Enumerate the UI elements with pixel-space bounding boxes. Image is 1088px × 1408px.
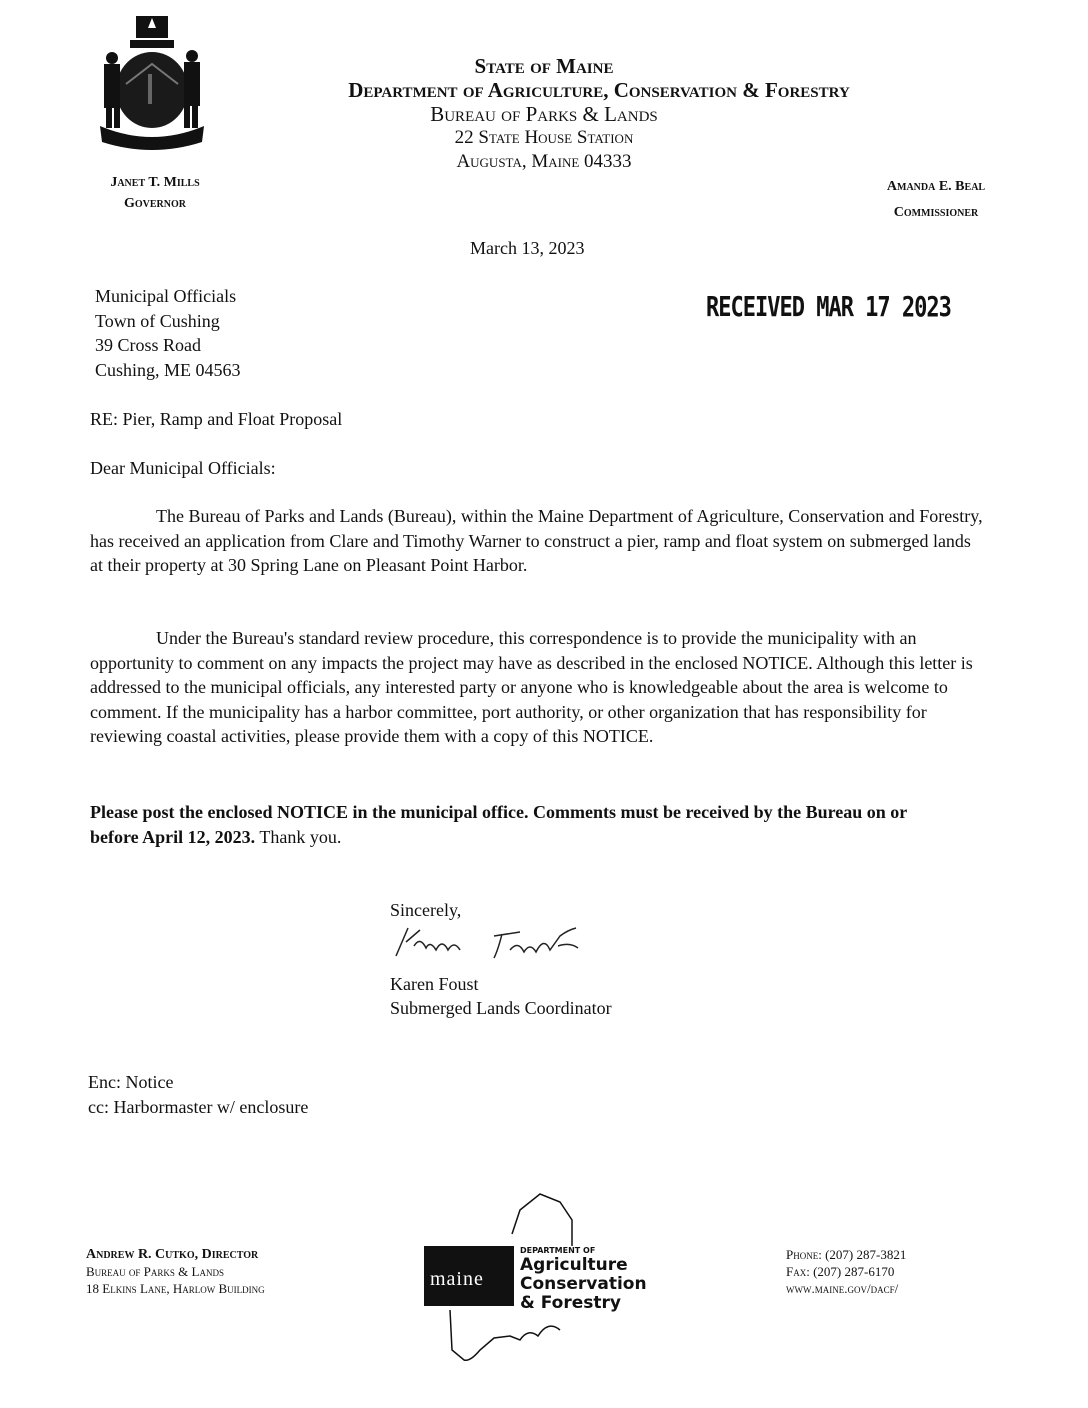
cc-line: cc: Harbormaster w/ enclosure xyxy=(88,1095,308,1120)
body-paragraph-1: The Bureau of Parks and Lands (Bureau), … xyxy=(90,504,985,578)
footer-address: 18 Elkins Lane, Harlow Building xyxy=(86,1280,265,1297)
bureau-name: Bureau of Parks & Lands xyxy=(0,102,1088,126)
department-name: Department of Agriculture, Conservation … xyxy=(110,78,1088,102)
subject-line: RE: Pier, Ramp and Float Proposal xyxy=(90,407,342,432)
enclosure-line: Enc: Notice xyxy=(88,1070,308,1095)
logo-forestry: & Forestry xyxy=(520,1294,647,1313)
signature xyxy=(390,922,610,962)
recipient-line: Town of Cushing xyxy=(95,309,241,334)
footer-website[interactable]: www.maine.gov/dacf/ xyxy=(786,1280,906,1297)
state-name: State of Maine xyxy=(0,54,1088,78)
maine-me-block: maine xyxy=(424,1246,514,1306)
signer-name: Karen Foust xyxy=(390,972,479,997)
enclosures: Enc: Notice cc: Harbormaster w/ enclosur… xyxy=(88,1070,308,1119)
closing-sincerely: Sincerely, xyxy=(390,898,461,923)
station-address: 22 State House Station xyxy=(0,126,1088,150)
footer-bureau: Bureau of Parks & Lands xyxy=(86,1263,265,1280)
dacf-logo: maine DEPARTMENT OF Agriculture Conserva… xyxy=(420,1190,660,1370)
signature-icon xyxy=(390,922,610,962)
letter-date: March 13, 2023 xyxy=(470,236,584,261)
logo-agriculture: Agriculture xyxy=(520,1256,647,1275)
commissioner-name: Amanda E. Beal xyxy=(868,174,1004,200)
governor-name: Janet T. Mills xyxy=(92,172,218,193)
recipient-line: 39 Cross Road xyxy=(95,333,241,358)
body-paragraph-2: Under the Bureau's standard review proce… xyxy=(90,626,990,749)
commissioner-title: Commissioner xyxy=(868,200,1004,226)
recipient-address: Municipal Officials Town of Cushing 39 C… xyxy=(95,284,241,382)
thank-you: Thank you. xyxy=(255,827,341,847)
city-address: Augusta, Maine 04333 xyxy=(0,150,1088,174)
post-notice-instruction: Please post the enclosed NOTICE in the m… xyxy=(90,802,907,847)
director-name: Andrew R. Cutko, Director xyxy=(86,1246,265,1263)
body-paragraph-3: Please post the enclosed NOTICE in the m… xyxy=(90,800,960,849)
governor-title: Governor xyxy=(92,193,218,214)
maine-wordmark: maine xyxy=(430,1268,484,1291)
salutation: Dear Municipal Officials: xyxy=(90,456,276,481)
received-stamp: RECEIVED MAR 17 2023 xyxy=(706,292,951,323)
footer-phone: Phone: (207) 287-3821 xyxy=(786,1246,906,1263)
footer-fax: Fax: (207) 287-6170 xyxy=(786,1263,906,1280)
recipient-line: Cushing, ME 04563 xyxy=(95,358,241,383)
logo-conservation: Conservation xyxy=(520,1275,647,1294)
recipient-line: Municipal Officials xyxy=(95,284,241,309)
signer-title: Submerged Lands Coordinator xyxy=(390,996,612,1021)
